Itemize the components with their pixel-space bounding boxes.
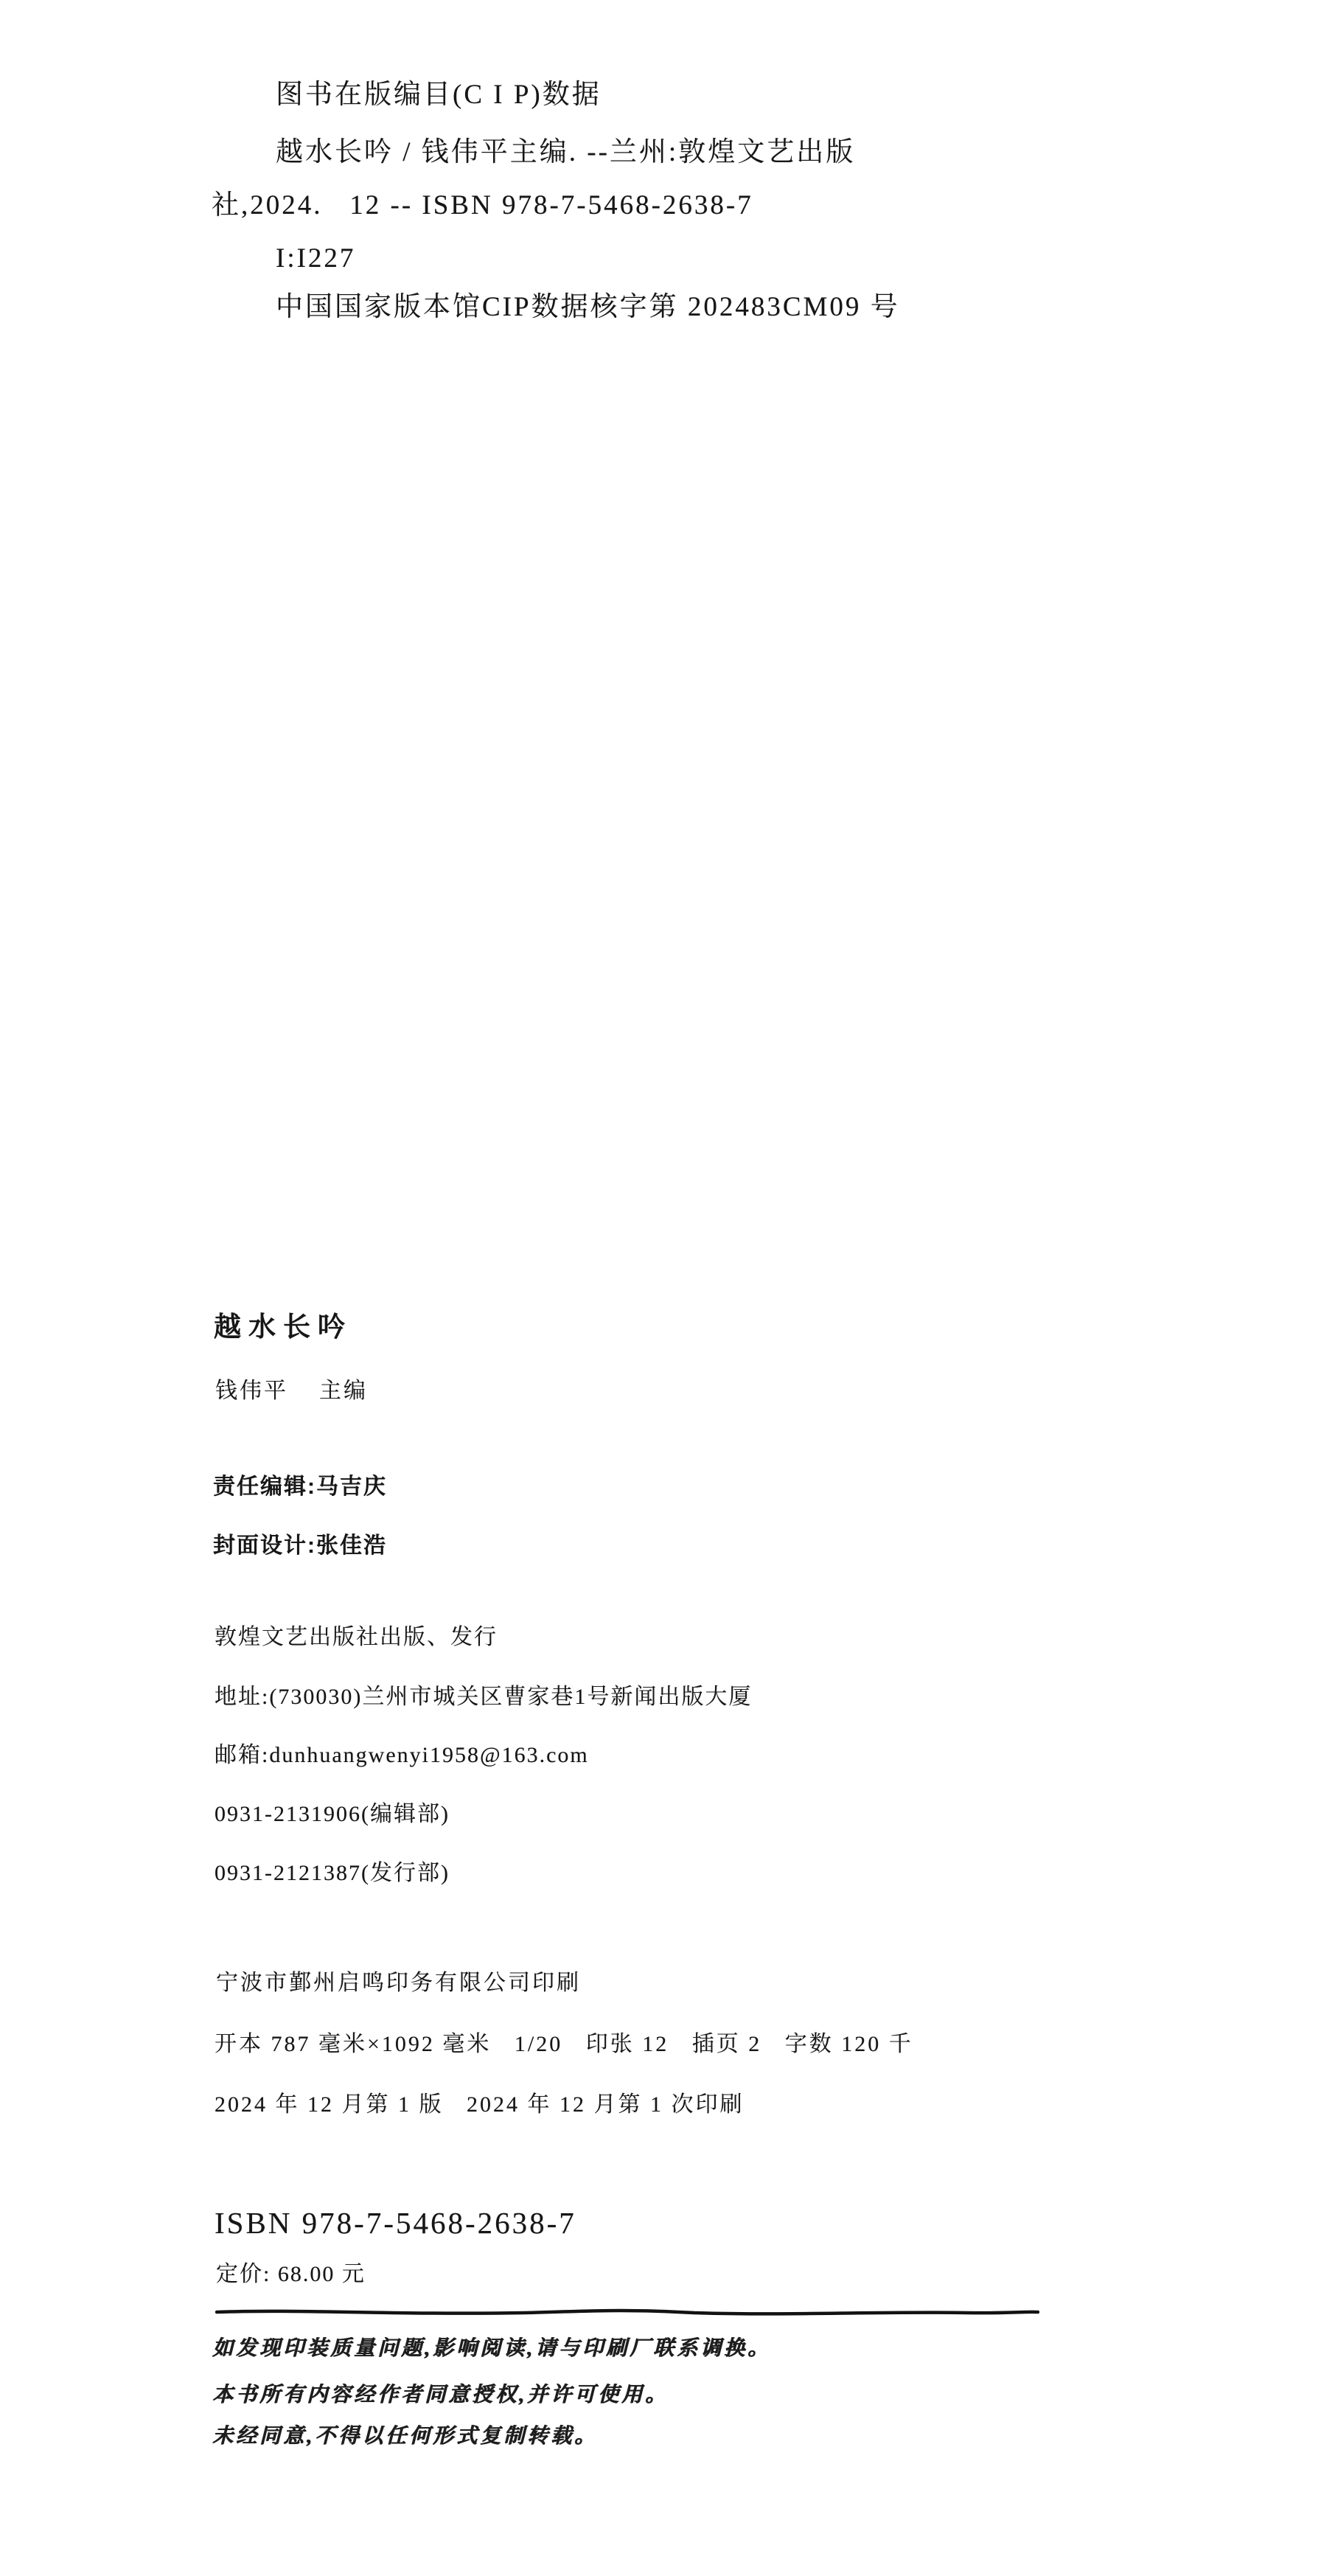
publisher-address: 地址:(730030)兰州市城关区曹家巷1号新闻出版大厦 xyxy=(215,1685,752,1710)
copyright-page: 图书在版编目(C I P)数据 越水长吟 / 钱伟平主编. --兰州:敦煌文艺出… xyxy=(0,0,1321,2576)
isbn-line: ISBN 978-7-5468-2638-7 xyxy=(215,2206,576,2241)
divider-line xyxy=(215,2306,1039,2315)
cip-entry-line1: 越水长吟 / 钱伟平主编. --兰州:敦煌文艺出版 xyxy=(276,137,855,169)
cip-class-number: I:I227 xyxy=(276,243,355,275)
author-line: 钱伟平 主编 xyxy=(215,1379,368,1404)
note-print-quality: 如发现印装质量问题,影响阅读,请与印刷厂联系调换。 xyxy=(212,2337,771,2361)
printer-line: 宁波市鄞州启鸣印务有限公司印刷 xyxy=(216,1971,581,1997)
publisher-email: 邮箱:dunhuangwenyi1958@163.com xyxy=(215,1743,589,1769)
phone-distribution: 0931-2121387(发行部) xyxy=(215,1861,450,1887)
note-authorization: 本书所有内容经作者同意授权,并许可使用。 xyxy=(212,2384,669,2407)
cip-heading: 图书在版编目(C I P)数据 xyxy=(276,80,602,111)
publisher-line: 敦煌文艺出版社出版、发行 xyxy=(215,1625,498,1651)
note-no-reproduction: 未经同意,不得以任何形式复制转载。 xyxy=(212,2425,598,2448)
format-line: 开本 787 毫米×1092 毫米 1/20 印张 12 插页 2 字数 120… xyxy=(215,2032,913,2058)
cip-entry-line2: 社,2024. 12 -- ISBN 978-7-5468-2638-7 xyxy=(212,190,753,222)
cover-designer-line: 封面设计:张佳浩 xyxy=(213,1534,387,1559)
book-title: 越水长吟 xyxy=(214,1312,352,1344)
edition-line: 2024 年 12 月第 1 版 2024 年 12 月第 1 次印刷 xyxy=(215,2092,745,2118)
phone-editorial: 0931-2131906(编辑部) xyxy=(215,1802,450,1828)
cip-record-number: 中国国家版本馆CIP数据核字第 202483CM09 号 xyxy=(276,292,900,324)
responsible-editor-line: 责任编辑:马吉庆 xyxy=(213,1475,387,1500)
price-line: 定价: 68.00 元 xyxy=(216,2262,366,2288)
